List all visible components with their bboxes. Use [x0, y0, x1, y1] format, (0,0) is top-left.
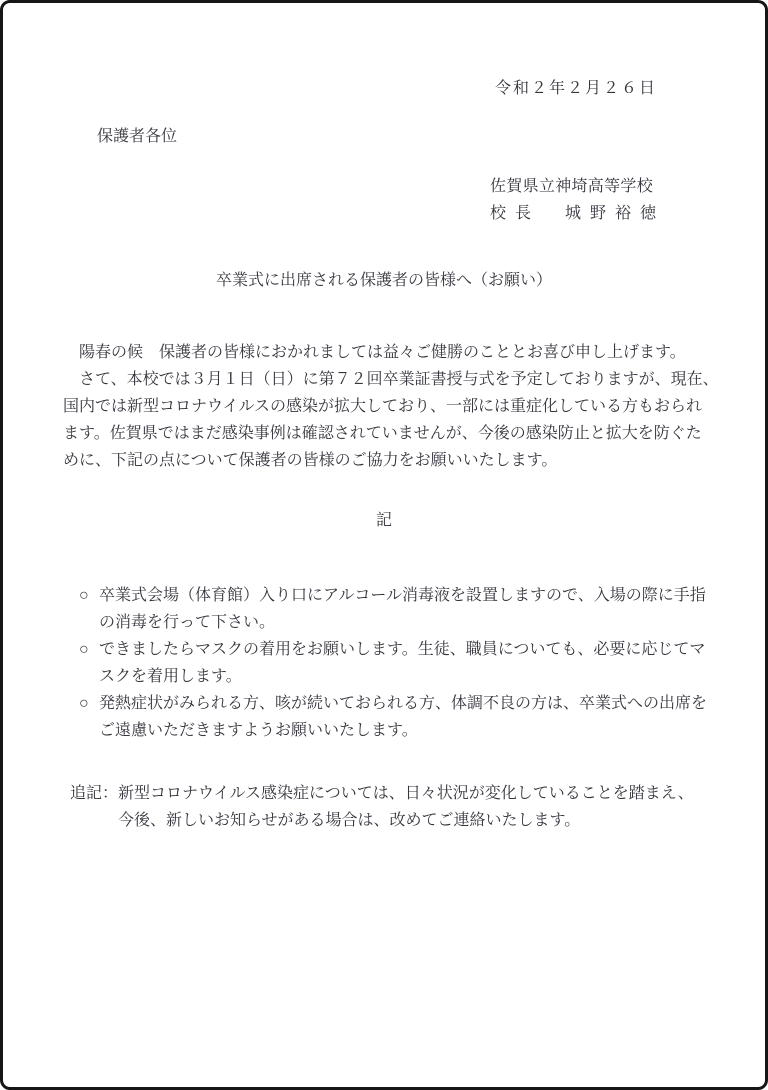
sender-school-name: 佐賀県立神埼高等学校 — [490, 173, 656, 200]
postscript-label: 追記： — [70, 780, 118, 807]
note-text: 発熱症状がみられる方、咳が続いておられる方、体調不良の方は、卒業式への出席を ご… — [99, 690, 725, 744]
note-bullet-icon: ○ — [79, 582, 99, 609]
letter-date: 令和２年２月２６日 — [63, 75, 725, 102]
note-bullet-icon: ○ — [79, 636, 99, 663]
postscript-text: 新型コロナウイルス感染症については、日々状況が変化していることを踏まえ、 今後、… — [118, 780, 725, 834]
notes-list: ○ 卒業式会場（体育館）入り口にアルコール消毒液を設置しますので、入場の際に手指… — [79, 582, 725, 744]
note-text: 卒業式会場（体育館）入り口にアルコール消毒液を設置しますので、入場の際に手指 の… — [99, 582, 725, 636]
sender-block: 佐賀県立神埼高等学校 校長 城野裕徳 — [490, 173, 656, 227]
note-item: ○ できましたらマスクの着用をお願いします。生徒、職員についても、必要に応じてマ… — [79, 636, 725, 690]
record-marker: 記 — [63, 507, 705, 534]
body-paragraph: さて、本校では３月１日（日）に第７２回卒業証書授与式を予定しておりますが、現在、… — [63, 366, 725, 474]
note-text: できましたらマスクの着用をお願いします。生徒、職員についても、必要に応じてマ ス… — [99, 636, 725, 690]
note-item: ○ 卒業式会場（体育館）入り口にアルコール消毒液を設置しますので、入場の際に手指… — [79, 582, 725, 636]
note-item: ○ 発熱症状がみられる方、咳が続いておられる方、体調不良の方は、卒業式への出席を… — [79, 690, 725, 744]
postscript-block: 追記： 新型コロナウイルス感染症については、日々状況が変化していることを踏まえ、… — [70, 780, 725, 834]
letter-title: 卒業式に出席される保護者の皆様へ（お願い） — [63, 267, 705, 294]
letter-body: 陽春の候 保護者の皆様におかれましては益々ご健勝のこととお喜び申し上げます。 さ… — [63, 339, 725, 474]
letter-page: 令和２年２月２６日 保護者各位 佐賀県立神埼高等学校 校長 城野裕徳 卒業式に出… — [0, 0, 768, 1090]
note-bullet-icon: ○ — [79, 690, 99, 717]
letter-addressee: 保護者各位 — [97, 123, 725, 150]
sender-principal-name: 校長 城野裕徳 — [490, 200, 656, 227]
greeting-paragraph: 陽春の候 保護者の皆様におかれましては益々ご健勝のこととお喜び申し上げます。 — [63, 339, 725, 366]
